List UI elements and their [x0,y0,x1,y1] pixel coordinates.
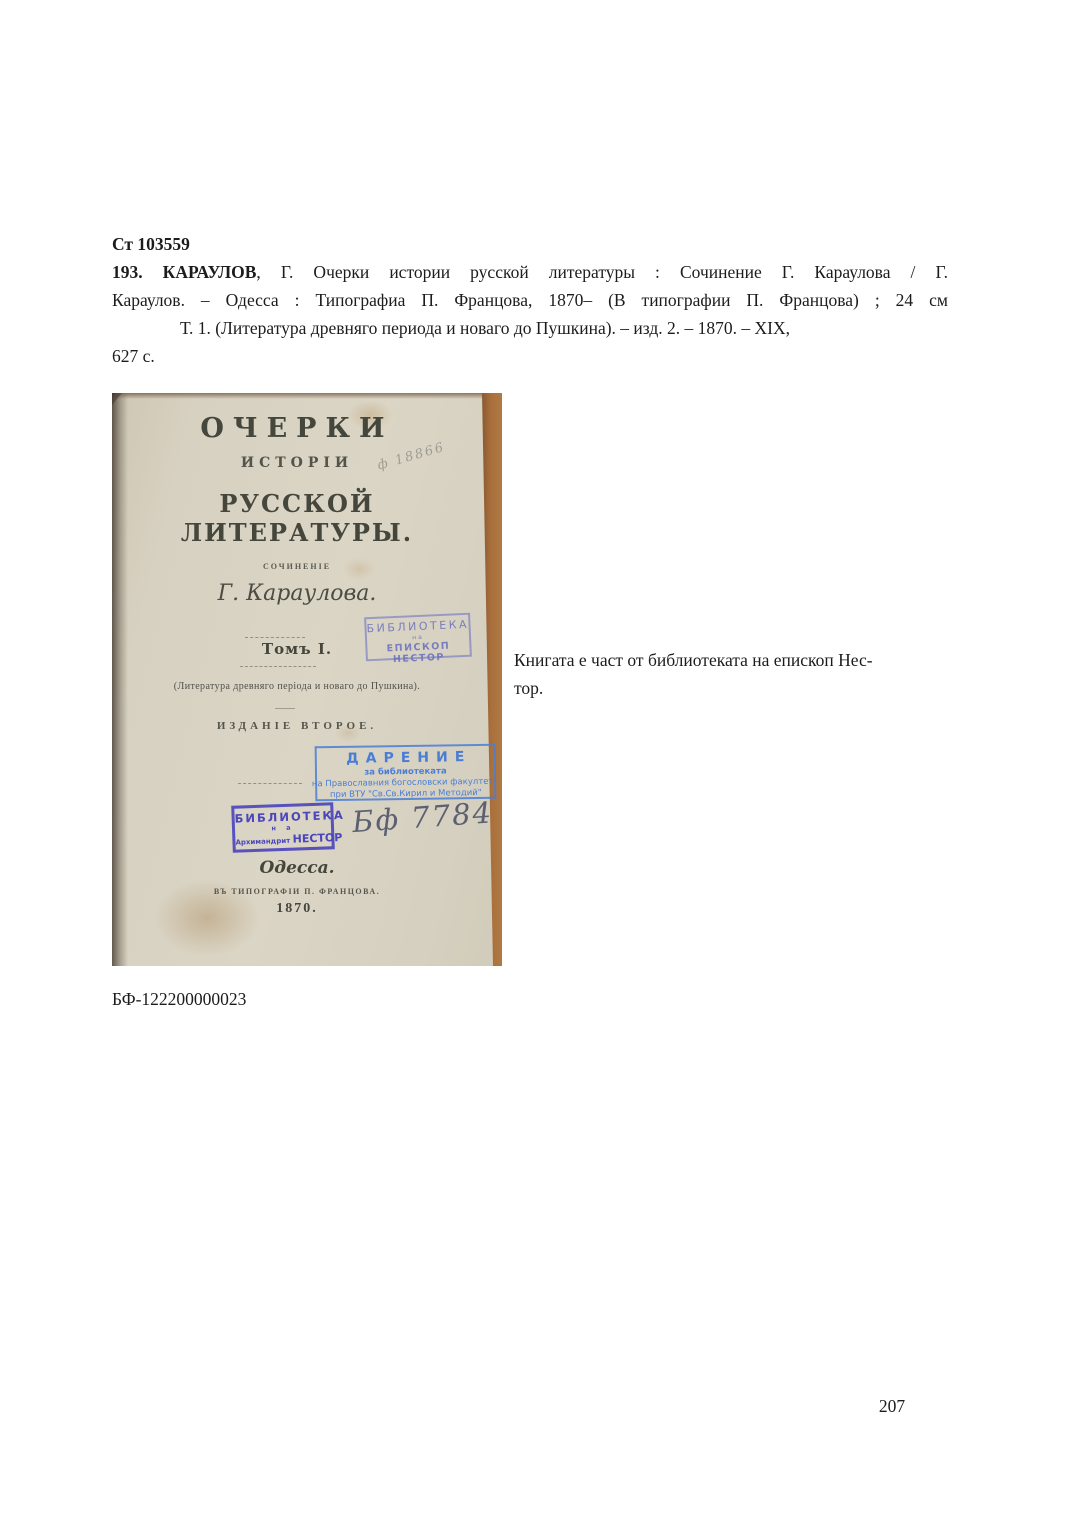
book-author-signature: Г. Караулова. [116,581,478,606]
handwritten-inventory-number: Бф 7784 [351,797,473,839]
stamp-line-big: НЕСТОР [292,831,342,846]
caption-line-2: тор. [514,674,964,702]
book-title-page-photo: ОЧЕРКИ ИСТОРІИ РУССКОЙ ЛИТЕРАТУРЫ. СОЧИН… [112,393,502,966]
book-title-line-3: РУССКОЙ ЛИТЕРАТУРЫ. [116,489,478,547]
book-gutter-shadow [112,393,128,966]
donation-stamp-theology-faculty: ДАРЕНИЕ за библиотеката на Православния … [315,744,497,802]
stamp-line: ЕПИСКОП НЕСТОР [367,640,470,666]
book-edition-label: ИЗДАНІЕ ВТОРОЕ. [116,720,478,732]
entry-line-2: Караулов. – Одесса : Типографиа П. Франц… [112,286,948,314]
entry-line-4: 627 с. [112,342,948,370]
entry-line-3: Т. 1. (Литература древняго периода и нов… [112,314,948,342]
library-stamp-arhimandrit-nestor: БИБЛИОТЕКА н а Архимандрит НЕСТОР [231,802,335,853]
decorative-rule [238,783,302,784]
book-title-line-1: ОЧЕРКИ [116,413,478,444]
bibliographic-entry: 193. КАРАУЛОВ, Г. Очерки истории русской… [112,258,948,370]
book-printer: ВЪ ТИПОГРАФІИ П. ФРАНЦОВА. [116,887,478,896]
book-city: Одесса. [116,858,478,878]
book-sochinenie-label: СОЧИНЕНІЕ [116,562,478,571]
entry-line-1-rest: , Г. Очерки истории русской литературы :… [256,262,948,282]
library-stamp-episkop-nestor: БИБЛИОТЕКА на ЕПИСКОП НЕСТОР [364,613,472,662]
caption-line-1: Книгата е част от библиотеката на еписко… [514,646,964,674]
provenance-caption: Книгата е част от библиотеката на еписко… [514,646,964,702]
photo-top-shadow [112,393,502,399]
stamp-line-small: Архимандрит [235,837,292,847]
entry-line-1: 193. КАРАУЛОВ, Г. Очерки истории русской… [112,258,948,286]
entry-number-author: 193. КАРАУЛОВ [112,262,256,282]
stamp-line: ДАРЕНИЕ [317,749,494,767]
book-year: 1870. [116,901,478,917]
decorative-rule [240,666,316,667]
page-number: 207 [862,1396,922,1417]
book-subtitle: (Литература древняго періода и новаго до… [116,681,478,692]
shelf-number: БФ-122200000023 [112,986,246,1012]
catalog-page: Ст 103559 193. КАРАУЛОВ, Г. Очерки истор… [0,0,1080,1527]
record-id: Ст 103559 [112,230,190,258]
decorative-rule [245,637,305,638]
stamp-line: Архимандрит НЕСТОР [235,831,331,847]
decorative-rule [275,708,295,709]
wooden-table-edge [482,393,502,966]
